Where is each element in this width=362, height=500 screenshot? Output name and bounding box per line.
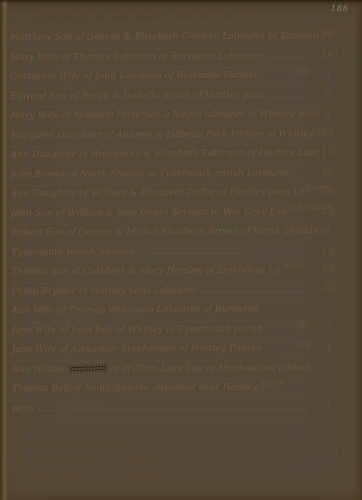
entry-text: pans xyxy=(12,402,34,413)
register-row: Matthew Son of George & Elizabeth Chicke… xyxy=(10,30,361,52)
entry-month: Aug xyxy=(293,340,311,348)
warden1-signature: Aaron Charlton xyxy=(30,457,122,469)
register-row: Ann Widowof William Lisle late of Monkse… xyxy=(12,361,362,383)
signature-flourish-line xyxy=(141,446,354,448)
entry-superscript: Septem xyxy=(261,378,286,386)
entry-text: Ann Wife of Thomas Wilkinson Labourer of… xyxy=(11,304,259,317)
entry-text: Mary Wife of Malcolm Patterson a Negro l… xyxy=(10,108,320,121)
entry-text: Mary Wife of Thomas Robinson of Burradon… xyxy=(10,50,261,63)
entry-text: Jane Wife of John Bell of Whitley in Tyn… xyxy=(12,323,263,336)
entry-text: Edward Son of Ralph & Isabella Smith of … xyxy=(10,89,265,102)
dotted-leader xyxy=(140,252,306,254)
register-row: Edward Son of Ralph & Isabella Smith of … xyxy=(10,88,361,110)
entry-text: Robert Son of George & Michal Elizabeth … xyxy=(11,225,329,238)
entry-text: of William Lisle late of Monkseaton pitm… xyxy=(111,362,311,374)
entry-text: John Son of William & Jane Orwin Servant… xyxy=(11,206,287,219)
entry-day: 19 xyxy=(316,147,340,158)
entry-text: Catharine Wife of John Lumsdon of Burrad… xyxy=(10,70,258,83)
entry-day: 1 xyxy=(317,401,341,412)
entry-day: 30 xyxy=(316,186,340,197)
entry-text: John Brown of North Shields in Tynemouth… xyxy=(11,167,290,180)
entry-text: Ann Daughter of Humphrey & Elizabeth Rob… xyxy=(11,147,320,160)
register-row: Philip Brymor of Hartley pans Labourer30 xyxy=(11,283,362,305)
entry-day: 14 xyxy=(315,30,339,41)
entry-text: Thomas Son of Cuthbert & Mary Horsley of… xyxy=(11,264,280,277)
register-row: pans1 xyxy=(12,400,362,422)
entry-text: Thomas Bell of South Shields, drowned ne… xyxy=(12,382,258,395)
scribble-mark xyxy=(69,363,107,373)
page-top-edge xyxy=(0,0,362,3)
register-row: Catharine Wife of John Lumsdon of Burrad… xyxy=(10,69,361,91)
entry-day: 5 xyxy=(317,323,341,334)
register-row: Mary Wife of Malcolm Patterson a Negro l… xyxy=(10,108,361,130)
signature-block: Wm Workman Curate Aaron Charlton Church … xyxy=(22,438,362,488)
register-row: Thomas Son of Cuthbert & Mary Horsley of… xyxy=(11,264,362,286)
dotted-leader xyxy=(266,57,305,58)
entry-text: Jane Wife of Alexander Stephenson of Har… xyxy=(12,343,262,356)
entries: Matthew Son of George & Elizabeth Chicke… xyxy=(10,30,362,422)
churchwardens: Aaron Charlton Church John Crake wardens xyxy=(30,454,362,487)
dotted-leader xyxy=(202,291,306,293)
entry-day: 29 xyxy=(316,264,340,275)
entry-superscript: bourer xyxy=(283,261,305,269)
entry-text: Tynemouth parish Servant xyxy=(11,246,135,258)
entry-text: Ann Daughter of William & Elizabeth Duff… xyxy=(11,186,305,199)
entry-month: May xyxy=(290,67,309,75)
entry-day: 3 xyxy=(315,69,339,80)
page-title: Burials in Earsdon parish 1750 xyxy=(34,3,284,22)
entry-day: 13 xyxy=(316,206,340,217)
register-row: Margaret Daughter of Andrew & Isabella P… xyxy=(10,127,361,149)
entry-day: 16 xyxy=(315,50,339,61)
entry-text: Margaret Daughter of Andrew & Isabella P… xyxy=(10,128,314,141)
entry-day: 12 xyxy=(315,128,339,139)
entry-day: 13 xyxy=(316,245,340,256)
register-row: Thomas Bell of South Shields, drowned ne… xyxy=(12,381,362,403)
dotted-leader xyxy=(270,96,305,97)
warden-row: John Crake wardens xyxy=(30,469,362,487)
curate-signature: Wm Workman Curate xyxy=(22,441,131,453)
entry-day: 4 xyxy=(317,342,341,353)
title-double-rule xyxy=(6,25,358,30)
warden2-signature: John Crake xyxy=(30,472,122,484)
entry-day: 8 xyxy=(315,108,339,119)
register-row: Tynemouth parish Servant13 xyxy=(11,244,362,266)
register-page: Burials in Earsdon parish 1750 186 Matth… xyxy=(0,0,362,500)
pencil-page-number: 186 xyxy=(331,4,349,13)
entry-day: 30 xyxy=(316,284,340,295)
entry-text: Philip Brymor of Hartley pans Labourer xyxy=(11,284,197,296)
entry-text: Matthew Son of George & Elizabeth Chicke… xyxy=(10,30,319,43)
entry-text: Ann Widow xyxy=(12,363,65,374)
register-row: Ann Daughter of Humphrey & Elizabeth Rob… xyxy=(11,147,362,169)
binding-edge xyxy=(0,0,8,500)
warden2-role-label: wardens xyxy=(122,471,163,482)
entry-month: July xyxy=(293,321,310,329)
dotted-leader xyxy=(39,408,307,411)
entry-day: 30 xyxy=(316,167,340,178)
warden1-role-label: Church xyxy=(122,456,158,467)
register-row: Jane Wife of Alexander Stephenson of Har… xyxy=(12,342,362,364)
entry-day: 7 xyxy=(315,89,339,100)
register-row: John Son of William & Jane Orwin Servant… xyxy=(11,205,362,227)
register-row: Robert Son of George & Michal Elizabeth … xyxy=(11,225,362,247)
